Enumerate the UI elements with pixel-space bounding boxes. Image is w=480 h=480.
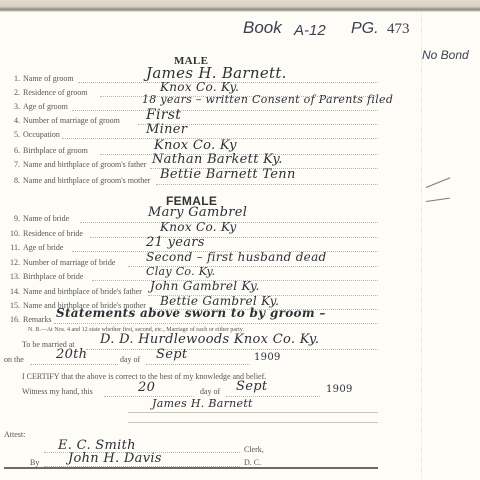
field-line-8 xyxy=(156,184,378,185)
groom-occupation-value: Miner xyxy=(146,122,187,137)
no-bond-note: No Bond xyxy=(422,48,469,62)
bride-father-value: John Gambrel Ky. xyxy=(150,279,260,293)
bride-birthplace-value: Clay Co. Ky. xyxy=(146,265,215,278)
field-line-16 xyxy=(54,323,378,324)
married-year-value: 1909 xyxy=(254,352,281,363)
page-label: PG. xyxy=(351,20,379,38)
bride-residence-value: Knox Co. Ky xyxy=(160,220,237,234)
scan-top-edge xyxy=(0,0,480,12)
field-line-10 xyxy=(90,237,378,238)
witness-year-value: 1909 xyxy=(326,384,353,395)
field-label-9: 9.Name of bride xyxy=(4,214,69,223)
married-at-line xyxy=(86,349,378,350)
signature-line xyxy=(128,412,378,413)
groom-signature: James H. Barnett xyxy=(152,397,253,410)
field-label-1: 1.Name of groom xyxy=(4,74,74,83)
day-of-label: day of xyxy=(120,355,140,364)
pencil-mark xyxy=(426,198,450,202)
field-label-11: 11.Age of bride xyxy=(4,243,63,252)
married-day-value: 20th xyxy=(56,347,87,362)
field-label-16: 16.Remarks xyxy=(4,315,51,324)
groom-mother-value: Bettie Barnett Tenn xyxy=(160,167,296,182)
field-label-3: 3.Age of groom xyxy=(4,102,68,111)
field-label-2: 2.Residence of groom xyxy=(4,88,87,97)
book-value: A-12 xyxy=(294,22,326,39)
witness-day-value: 20 xyxy=(138,380,155,395)
field-label-12: 12.Number of marriage of bride xyxy=(4,258,115,267)
groom-father-value: Nathan Barkett Ky. xyxy=(152,152,283,167)
witness-day-of-label: day of xyxy=(200,387,220,396)
groom-marriage-number-value: First xyxy=(146,107,181,123)
field-label-10: 10.Residence of bride xyxy=(4,229,83,238)
bride-name-value: Mary Gambrel xyxy=(148,205,247,220)
field-label-4: 4.Number of marriage of groom xyxy=(4,116,120,125)
groom-age-value: 18 years – written Consent of Parents fi… xyxy=(142,93,393,106)
bride-marriage-number-value: Second – first husband dead xyxy=(146,250,327,264)
deputy-clerk-signature: John H. Davis xyxy=(68,451,162,466)
field-label-7: 7.Name and birthplace of groom's father xyxy=(4,160,146,169)
witness-month-value: Sept xyxy=(236,379,267,394)
married-at-value: D. D. Hurdlewoods Knox Co. Ky. xyxy=(100,332,319,347)
remarks-value: Statements above sworn to by groom – xyxy=(56,306,326,320)
pencil-mark xyxy=(426,177,450,188)
month-line xyxy=(146,364,250,365)
page-value: 473 xyxy=(387,21,410,38)
witness-label: Witness my hand, this xyxy=(22,387,93,396)
clerk-label: Clerk, xyxy=(244,445,264,454)
bride-age-value: 21 years xyxy=(146,235,205,250)
day-line xyxy=(30,364,118,365)
field-label-8: 8.Name and birthplace of groom's mother xyxy=(4,176,150,185)
on-the-label: on the xyxy=(4,355,24,364)
groom-residence-value: Knox Co. Ky. xyxy=(160,80,239,94)
bottom-rule xyxy=(4,467,378,469)
field-label-14: 14.Name and birthplace of bride's father xyxy=(4,287,142,296)
attest-label: Attest: xyxy=(4,430,25,439)
married-month-value: Sept xyxy=(156,347,187,362)
field-line-3 xyxy=(72,110,378,111)
paper-edge xyxy=(421,12,422,480)
field-label-5: 5.Occupation xyxy=(4,130,60,139)
dc-label: D. C. xyxy=(244,458,261,467)
signature-line-2 xyxy=(128,422,378,423)
book-label: Book xyxy=(243,18,282,38)
field-label-13: 13.Birthplace of bride xyxy=(4,272,83,281)
by-label: By xyxy=(30,458,39,467)
groom-birthplace-value: Knox Co. Ky xyxy=(154,138,237,153)
field-label-6: 6.Birthplace of groom xyxy=(4,146,88,155)
